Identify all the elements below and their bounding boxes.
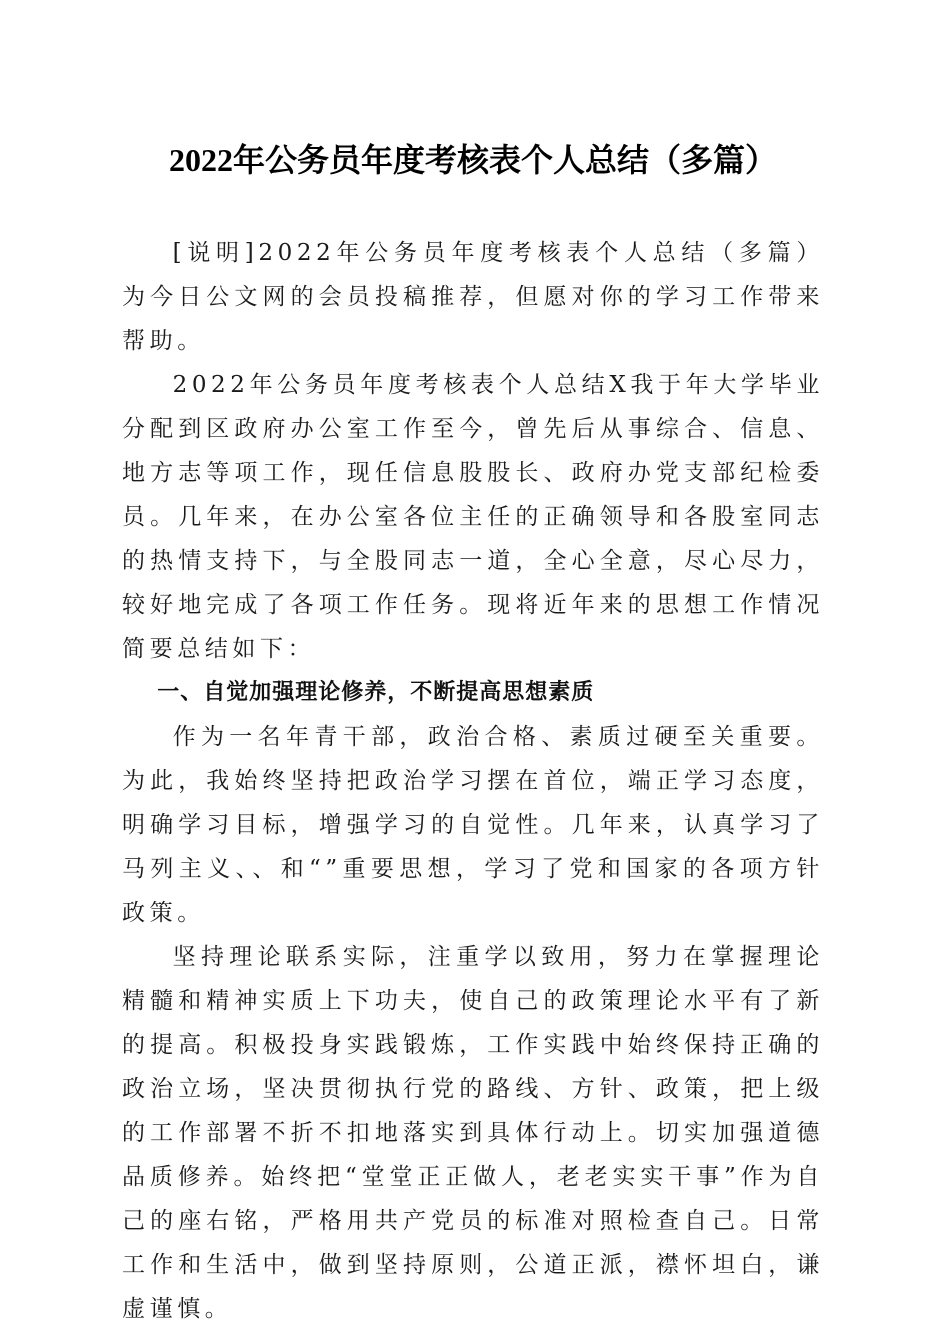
intro-note-paragraph: [说明]2022年公务员年度考核表个人总结（多篇）为今日公文网的会员投稿推荐，但…: [122, 231, 824, 363]
section-heading-1: 一、自觉加强理论修养，不断提高思想素质: [122, 671, 824, 715]
section-1-paragraph-1: 作为一名年青干部，政治合格、素质过硬至关重要。为此，我始终坚持把政治学习摆在首位…: [122, 715, 824, 935]
document-title: 2022年公务员年度考核表个人总结（多篇）: [122, 138, 824, 182]
section-1-paragraph-2: 坚持理论联系实际，注重学以致用，努力在掌握理论精髓和精神实质上下功夫，使自己的政…: [122, 935, 824, 1331]
opening-paragraph: 2022年公务员年度考核表个人总结X我于年大学毕业分配到区政府办公室工作至今，曾…: [122, 363, 824, 671]
document-body: [说明]2022年公务员年度考核表个人总结（多篇）为今日公文网的会员投稿推荐，但…: [122, 231, 824, 1331]
